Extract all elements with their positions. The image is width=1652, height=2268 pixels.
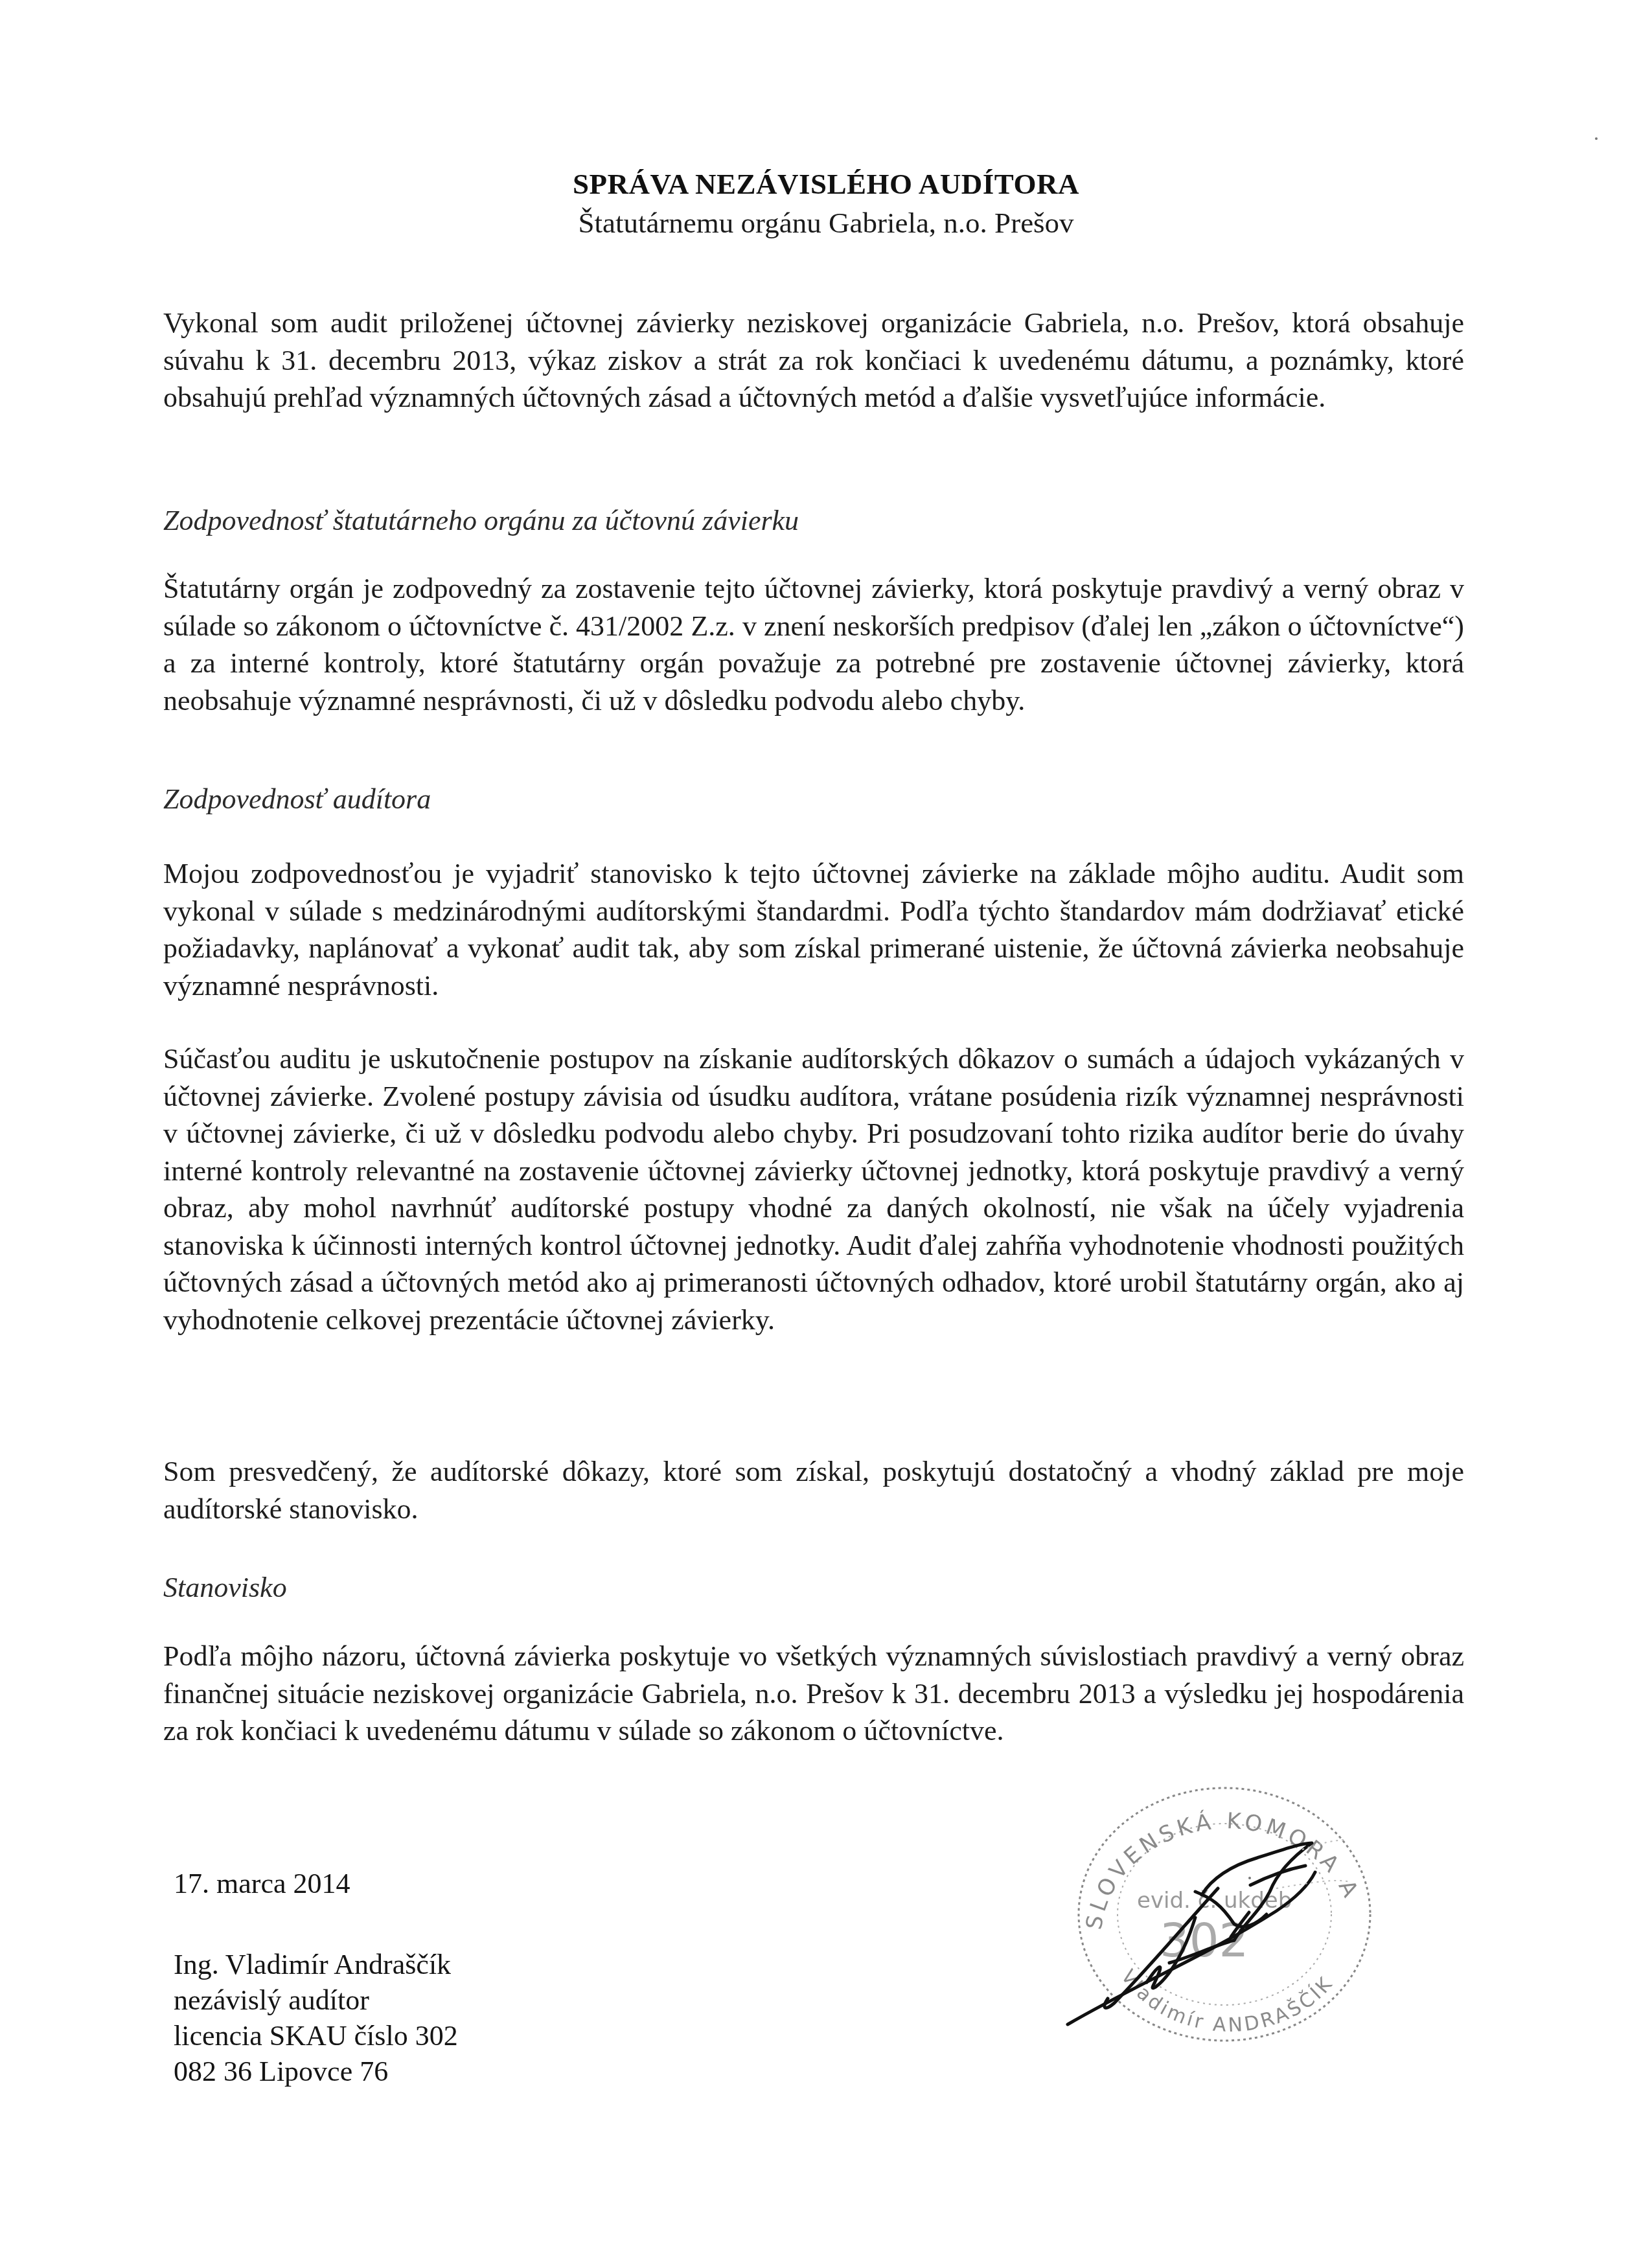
scan-speck (1595, 137, 1598, 140)
signatory-address: 082 36 Lipovce 76 (174, 2054, 458, 2089)
signatory-role: nezávislý audítor (174, 1982, 458, 2018)
paragraph-management-responsibility: Štatutárny orgán je zodpovedný za zostav… (163, 570, 1464, 719)
intro-paragraph: Vykonal som audit priloženej účtovnej zá… (163, 304, 1464, 417)
signatory-license: licencia SKAU číslo 302 (174, 2018, 458, 2054)
document-page: SPRÁVA NEZÁVISLÉHO AUDÍTORA Štatutárnemu… (0, 0, 1652, 2268)
round-stamp-with-signature-icon: SLOVENSKÁ KOMORA AUDÍTOROV Vladimír ANDR… (1062, 1762, 1600, 2125)
report-date: 17. marca 2014 (174, 1867, 350, 1900)
section-heading-opinion: Stanovisko (163, 1571, 287, 1604)
addressee: Štatutárnemu orgánu Gabriela, n.o. Prešo… (0, 206, 1652, 240)
paragraph-auditor-responsibility-3: Som presvedčený, že audítorské dôkazy, k… (163, 1453, 1464, 1528)
signature-block: Ing. Vladimír Andraščík nezávislý audíto… (174, 1947, 458, 2089)
signatory-name: Ing. Vladimír Andraščík (174, 1947, 458, 1982)
section-heading-auditor-responsibility: Zodpovednosť audítora (163, 783, 431, 816)
paragraph-auditor-responsibility-1: Mojou zodpovednosťou je vyjadriť stanovi… (163, 855, 1464, 1004)
section-heading-management-responsibility: Zodpovednosť štatutárneho orgánu za účto… (163, 504, 799, 537)
paragraph-auditor-responsibility-2: Súčasťou auditu je uskutočnenie postupov… (163, 1040, 1464, 1338)
page-title: SPRÁVA NEZÁVISLÉHO AUDÍTORA (0, 167, 1652, 201)
paragraph-opinion: Podľa môjho názoru, účtovná závierka pos… (163, 1638, 1464, 1750)
scan-speck (1248, 1877, 1251, 1879)
